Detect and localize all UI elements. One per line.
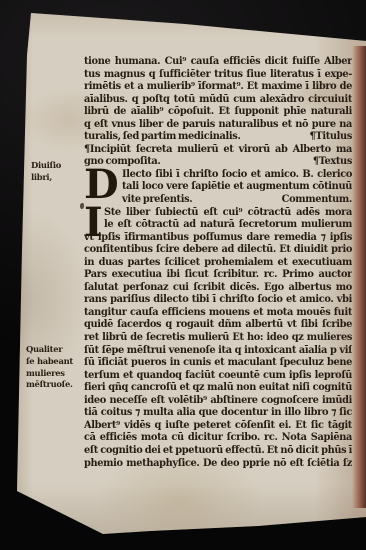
text-line-body: le eſt cōtractū ad naturā ſecretorum mul… [104,219,352,232]
text-line-body: rans pariſius dilecto tibi ī chriſto ſoc… [84,294,352,307]
margin-note-line: mulieres [26,368,73,380]
text-line: librū de aīalib⁹ cōpoſuit. Et ſupponit p… [84,106,352,119]
text-line: rimētis et a mulierib⁹ īformat⁹. Et maxi… [84,81,352,94]
fore-edge-strip [352,46,366,508]
text-line-body: ret librū de ſecretis mulierū Et ho: ide… [84,332,352,345]
text-line-body: tus magnus q ſufficiēter tritus ſiue lit… [84,69,352,82]
text-line: ideo neceſſe eſt volētib⁹ abſtinere cogn… [84,395,352,408]
text-line-body: cā efficiēs mota cū dicitur ſcribo. rc. … [84,432,352,445]
text-line: tali loco vere ſapiētie et augmentum cōt… [84,181,352,194]
text-line: fieri qñq cancroſū et qz malū non euitat… [84,382,352,395]
text-line: vt ipſis īfirmantibus poſſumus dare reme… [84,232,352,245]
text-line: le eſt cōtractū ad naturā ſecretorum mul… [84,219,352,232]
text-line: q eſt vnus liber de paruis naturalibus e… [84,119,352,132]
text-line: turalis, ſed partim medicinalis. ¶Titulu… [84,131,352,144]
drop-cap-i: I [84,205,102,240]
text-line-body: tangitur cauſa efficiens mouens et mota … [84,307,352,320]
text-line-right-label: Commentum. [282,194,352,207]
text-line-body: quidē ſacerdos q rogauit dñm albertū vt … [84,319,352,332]
text-line-body: ſalutat perſonaz cui ſcribit dicēs. Ego … [84,282,352,295]
text-line-body: phemio methaphyſice. De deo pprie nō eſt… [84,458,352,471]
text-line-body: librū de aīalib⁹ cōpoſuit. Et ſupponit p… [84,106,352,119]
text-line-body: turalis, ſed partim medicinalis. [84,131,241,144]
text-line: ret librū de ſecretis mulierū Et ho: ide… [84,332,352,345]
drop-cap-d: D [84,168,120,202]
text-line: ſalutat perſonaz cui ſcribit dicēs. Ego … [84,282,352,295]
margin-note-qualiter: Qualiterſe habeantmulieresmēſtruoſe. [26,344,73,391]
text-line: quidē ſacerdos q rogauit dñm albertū vt … [84,319,352,332]
text-line: ¶Incipiūt ſecreta mulierū et virorū ab A… [84,144,352,157]
book-page: Diuiſiolibri, Qualiterſe habeantmulieres… [0,0,366,550]
margin-note-line: Diuiſio [31,160,61,172]
text-line-body: fieri qñq cancroſū et qz malū non euitat… [84,382,352,395]
text-line-body: ſūt ſēpe mēſtrui venenoſe ita q intoxica… [84,345,352,358]
margin-note-line: Qualiter [26,344,73,356]
text-line: confitentibus ſcire debere ad dilectū. E… [84,244,352,257]
text-line: rans pariſius dilecto tibi ī chriſto ſoc… [84,294,352,307]
text-line-body: Pars executiua ibi ſicut ſcribitur. rc. … [84,269,352,282]
text-line-body: vite preſentis. [122,194,192,207]
text-line: vite preſentis. Commentum. [84,194,352,207]
text-lines: tione humana. Cui⁹ cauſa efficiēs dicit … [84,56,352,470]
text-line: ſū īficiāt pueros in cunis et maculant ſ… [84,357,352,370]
text-line-body: Ste liber ſubiectū eſt cui⁹ cōtractū adē… [104,207,352,220]
text-line: tione humana. Cui⁹ cauſa efficiēs dicit … [84,56,352,69]
text-line-right-label: ¶Textus [313,156,352,169]
text-line-body: aīalibus. q poſtq totū mūdū cum alexādro… [84,94,352,107]
text-line-body: ſū īficiāt pueros in cunis et maculant ſ… [84,357,352,370]
text-line: Ilecto ſibi ī chriſto ſocio et amico. B.… [84,169,352,182]
text-line-body: Ilecto ſibi ī chriſto ſocio et amico. B.… [122,169,352,182]
text-line-body: rimētis et a mulierib⁹ īformat⁹. Et maxi… [84,81,352,94]
text-line-body: q eſt vnus liber de paruis naturalibus e… [84,119,352,132]
text-line-body: tione humana. Cui⁹ cauſa efficiēs dicit … [84,56,352,69]
text-line: tangitur cauſa efficiens mouens et mota … [84,307,352,320]
text-line-body: tali loco vere ſapiētie et augmentum cōt… [122,181,352,194]
margin-note-line: libri, [31,172,61,184]
text-line: phemio methaphyſice. De deo pprie nō eſt… [84,458,352,471]
text-line-body: vt ipſis īfirmantibus poſſumus dare reme… [84,232,352,245]
text-line-right-label: ¶Titulus [310,131,352,144]
margin-note-line: ſe habeant [26,356,73,368]
margin-note-line: mēſtruoſe. [26,379,73,391]
text-line: tiā coitus ⁊ multa alia que docentur in … [84,407,352,420]
text-line-body: tiā coitus ⁊ multa alia que docentur in … [84,407,352,420]
text-line: cā efficiēs mota cū dicitur ſcribo. rc. … [84,432,352,445]
text-line: Ste liber ſubiectū eſt cui⁹ cōtractū adē… [84,207,352,220]
text-line-body: Albert⁹ vidēs q iuſte peteret cōſenſit e… [84,420,352,433]
text-line-body: ideo neceſſe eſt volētib⁹ abſtinere cogn… [84,395,352,408]
margin-note-divisio-libri: Diuiſiolibri, [31,160,61,184]
text-line: Albert⁹ vidēs q iuſte peteret cōſenſit e… [84,420,352,433]
text-line: ſūt ſēpe mēſtrui venenoſe ita q intoxica… [84,345,352,358]
text-line-body: ¶Incipiūt ſecreta mulierū et virorū ab A… [84,144,352,157]
text-line-body: eſt cognitio dei et ppetuorū effectū. Et… [84,445,352,458]
scan-background: Diuiſiolibri, Qualiterſe habeantmulieres… [0,0,366,550]
text-line: eſt cognitio dei et ppetuorū effectū. Et… [84,445,352,458]
text-line: in duas partes ſcilicet prohemialem et e… [84,257,352,270]
text-line: gno compoſita. ¶Textus [84,156,352,169]
text-line-body: in duas partes ſcilicet prohemialem et e… [84,257,352,270]
text-line-body: confitentibus ſcire debere ad dilectū. E… [84,244,352,257]
text-line: terſum et quandoq faciūt coeuntē cum ipſ… [84,370,352,383]
text-line: tus magnus q ſufficiēter tritus ſiue lit… [84,69,352,82]
text-line: aīalibus. q poſtq totū mūdū cum alexādro… [84,94,352,107]
text-line-body: terſum et quandoq faciūt coeuntē cum ipſ… [84,370,352,383]
text-column: D I tione humana. Cui⁹ cauſa efficiēs di… [84,56,352,470]
text-line: Pars executiua ibi ſicut ſcribitur. rc. … [84,269,352,282]
